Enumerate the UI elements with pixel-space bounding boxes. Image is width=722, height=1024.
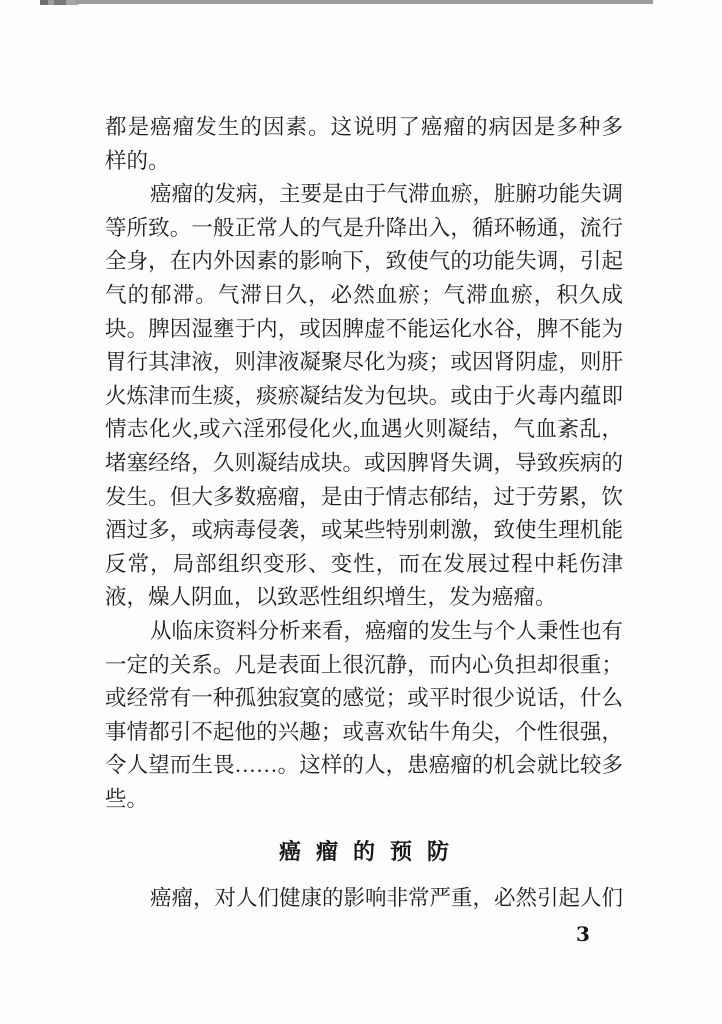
text-line: 块。脾因湿壅于内，或因脾虚不能运化水谷，脾不能为 (105, 313, 623, 347)
text-line: 些。 (105, 783, 623, 817)
text-line: 情志化火,或六淫邪侵化火,血遇火则凝结，气血紊乱， (105, 413, 623, 447)
scanned-book-page: 都是癌瘤发生的因素。这说明了癌瘤的病因是多种多样的。癌瘤的发病，主要是由于气滞血… (0, 0, 722, 1024)
text-line: 发生。但大多数癌瘤，是由于情志郁结，过于劳累，饮 (105, 481, 623, 515)
text-line: 癌瘤的发病，主要是由于气滞血瘀，脏腑功能失调 (105, 178, 623, 212)
text-line: 一定的关系。凡是表面上很沉静，而内心负担却很重； (105, 649, 623, 683)
text-line: 癌瘤，对人们健康的影响非常严重，必然引起人们 (105, 882, 623, 916)
text-line: 全身，在内外因素的影响下，致使气的功能失调，引起 (105, 245, 623, 279)
text-line: 反常，局部组织变形、变性，而在发展过程中耗伤津 (105, 548, 623, 582)
text-line: 胃行其津液，则津液凝聚尽化为痰；或因肾阴虚，则肝 (105, 346, 623, 380)
text-column: 都是癌瘤发生的因素。这说明了癌瘤的病因是多种多样的。癌瘤的发病，主要是由于气滞血… (105, 111, 623, 916)
text-line: 或经常有一种孤独寂寞的感觉；或平时很少说话，什么 (105, 682, 623, 716)
text-line: 等所致。一般正常人的气是升降出入，循环畅通，流行 (105, 212, 623, 246)
text-line: 令人望而生畏……。这样的人，患癌瘤的机会就比较多 (105, 749, 623, 783)
text-line: 样的。 (105, 145, 623, 179)
scan-artifact-dark-segment (40, 0, 78, 5)
scan-artifact-bar (76, 0, 653, 4)
text-line: 气的郁滞。气滞日久，必然血瘀；气滞血瘀，积久成 (105, 279, 623, 313)
text-line: 从临床资料分析来看，癌瘤的发生与个人秉性也有 (105, 615, 623, 649)
text-line: 火炼津而生痰，痰瘀凝结发为包块。或由于火毒内蕴即 (105, 380, 623, 414)
body-text: 都是癌瘤发生的因素。这说明了癌瘤的病因是多种多样的。癌瘤的发病，主要是由于气滞血… (105, 111, 623, 816)
section-heading: 癌瘤的预防 (105, 836, 623, 870)
text-line: 堵塞经络，久则凝结成块。或因脾肾失调，导致疾病的 (105, 447, 623, 481)
page-number: 3 (576, 922, 590, 946)
text-line: 液，燥人阴血，以致恶性组织增生，发为癌瘤。 (105, 581, 623, 615)
text-line: 都是癌瘤发生的因素。这说明了癌瘤的病因是多种多 (105, 111, 623, 145)
text-line: 事情都引不起他的兴趣；或喜欢钻牛角尖，个性很强， (105, 716, 623, 750)
text-line: 酒过多，或病毒侵袭，或某些特别刺激，致使生理机能 (105, 514, 623, 548)
